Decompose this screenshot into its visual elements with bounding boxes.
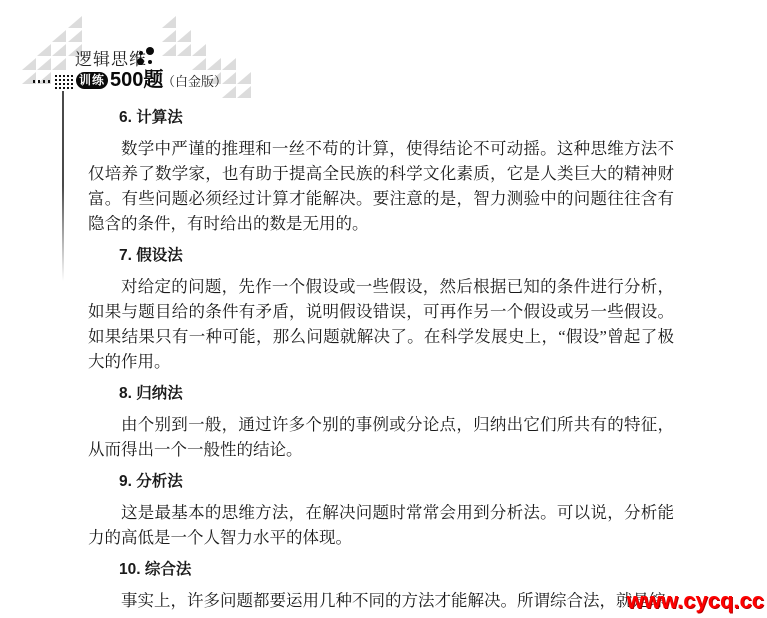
triangle-decoration [52, 30, 66, 42]
vertical-fade-line-decoration [62, 91, 64, 281]
section-paragraph: 对给定的问题，先作一个假设或一些假设，然后根据已知的条件进行分析，如果与题目给的… [88, 274, 674, 374]
section-heading: 6. 计算法 [88, 108, 674, 128]
page-content: 6. 计算法数学中严谨的推理和一丝不苟的计算，使得结论不可动摇。这种思维方法不仅… [88, 0, 674, 613]
site-watermark: www.cycq.cc [627, 589, 764, 613]
section-paragraph: 数学中严谨的推理和一丝不苟的计算，使得结论不可动摇。这种思维方法不仅培养了数学家… [88, 136, 674, 236]
section-paragraph: 由个别到一般，通过许多个别的事例或分论点，归纳出它们所共有的特征，从而得出一个一… [88, 412, 674, 462]
section-heading: 9. 分析法 [88, 472, 674, 492]
book-page: 逻辑思维 训练 500题 （白金版） 6. 计算法数学中严谨的推理和一丝不苟的计… [0, 0, 767, 618]
section-heading: 8. 归纳法 [88, 384, 674, 404]
triangle-decoration [22, 58, 36, 70]
triangle-decoration [37, 58, 51, 70]
triangle-decoration [68, 16, 82, 28]
section-paragraph: 这是最基本的思维方法，在解决问题时常常会用到分析法。可以说，分析能力的高低是一个… [88, 500, 674, 550]
section-paragraph: 事实上，许多问题都要运用几种不同的方法才能解决。所谓综合法，就是综 [88, 588, 674, 613]
section-heading: 10. 综合法 [88, 560, 674, 580]
triangle-decoration [52, 44, 66, 56]
triangle-decoration [52, 58, 66, 70]
dashed-leader-decoration [33, 80, 53, 83]
triangle-decoration [37, 44, 51, 56]
section-heading: 7. 假设法 [88, 246, 674, 266]
triangle-decoration [68, 30, 82, 42]
dot-grid-decoration [54, 74, 74, 89]
